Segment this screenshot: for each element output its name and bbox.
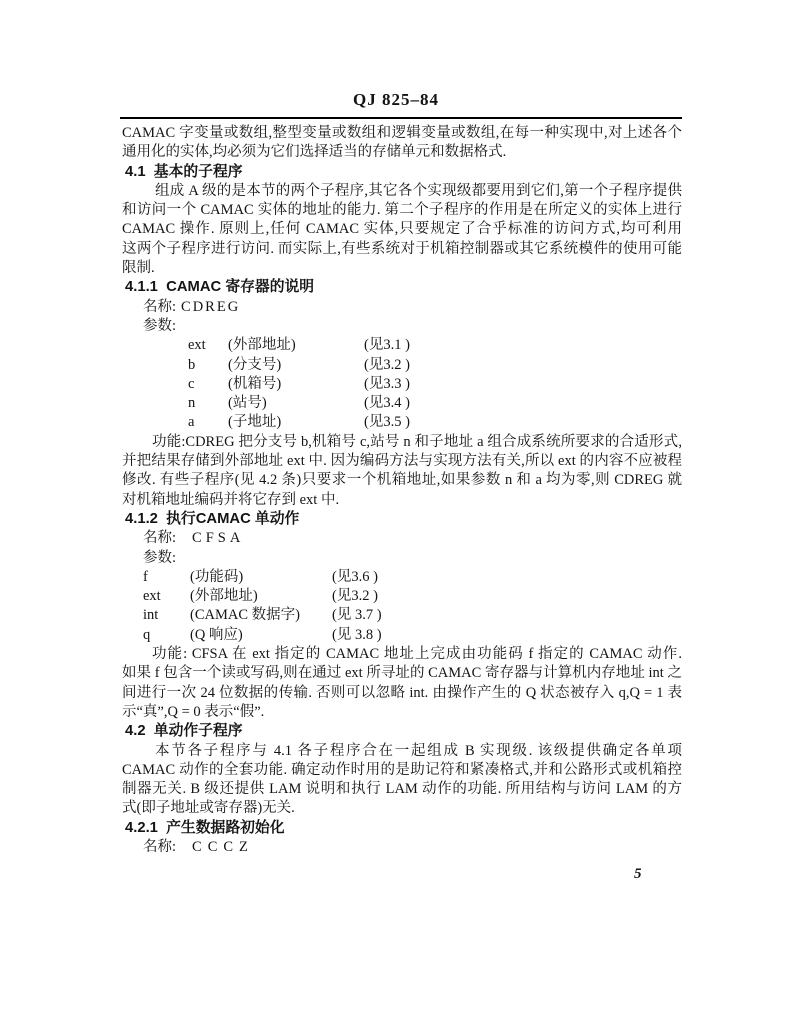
subroutine-name-line: 名称:CCCZ <box>122 838 682 857</box>
function-line: 对机箱地址编码并将它存到 ext 中. <box>122 491 682 510</box>
parameter-name: c <box>188 375 228 394</box>
paragraph-line: CAMAC 操作. 原则上,任何 CAMAC 实体,只要规定了合乎标准的访问方式… <box>122 220 682 239</box>
parameter-desc: (外部地址) <box>190 587 332 606</box>
parameter-desc: (外部地址) <box>228 336 364 355</box>
paragraph-line: 式(即子地址或寄存器)无关. <box>122 799 682 818</box>
name-label: 名称: <box>143 530 176 546</box>
paragraph-line: 限制. <box>122 259 682 278</box>
parameter-ref: (见3.6 ) <box>332 568 682 587</box>
function-line: 修改. 有些子程序(见 4.2 条)只要求一个机箱地址,如果参数 n 和 a 均… <box>122 471 682 490</box>
page-number: 5 <box>634 866 642 883</box>
parameter-desc: (分支号) <box>228 356 364 375</box>
parameter-desc: (功能码) <box>190 568 332 587</box>
parameter-list: f (功能码) (见3.6 ) ext (外部地址) (见3.2 ) int (… <box>122 568 682 645</box>
function-line: 功能:CDREG 把分支号 b,机箱号 c,站号 n 和子地址 a 组合成系统所… <box>122 433 682 452</box>
function-line: 如果 f 包含一个读或写码,则在通过 ext 所寻址的 CAMAC 寄存器与计算… <box>122 664 682 683</box>
parameter-row: int (CAMAC 数据字) (见 3.7 ) <box>143 606 682 625</box>
parameter-ref: (见3.1 ) <box>364 336 682 355</box>
section-heading-4-2-1: 4.2.1 产生数据路初始化 <box>122 819 682 838</box>
subroutine-name-line: 名称:CFSA <box>122 529 682 548</box>
paragraph-line: 制器无关. B 级还提供 LAM 说明和执行 LAM 动作的功能. 所用结构与访… <box>122 780 682 799</box>
name-label: 名称: <box>143 299 176 315</box>
document-content: CAMAC 字变量或数组,整型变量或数组和逻辑变量或数组,在每一种实现中,对上述… <box>122 124 682 857</box>
subroutine-name-value: CFSA <box>192 530 244 546</box>
parameter-ref: (见 3.7 ) <box>332 606 682 625</box>
parameter-ref: (见3.3 ) <box>364 375 682 394</box>
function-line: 间进行一次 24 位数据的传输. 否则可以忽略 int. 由操作产生的 Q 状态… <box>122 684 682 703</box>
parameter-name: b <box>188 356 228 375</box>
subroutine-name-value: CCCZ <box>192 839 254 855</box>
params-label: 参数: <box>122 549 682 568</box>
name-label: 名称: <box>143 839 176 855</box>
parameter-name: ext <box>188 336 228 355</box>
parameter-ref: (见3.2 ) <box>364 356 682 375</box>
parameter-list: ext (外部地址) (见3.1 ) b (分支号) (见3.2 ) c (机箱… <box>122 336 682 432</box>
paragraph-line: 和访问一个 CAMAC 实体的地址的能力. 第二个子程序的作用是在所定义的实体上… <box>122 201 682 220</box>
doc-number: QJ 825–84 <box>0 90 792 110</box>
parameter-ref: (见3.5 ) <box>364 413 682 432</box>
parameter-desc: (机箱号) <box>228 375 364 394</box>
parameter-row: n (站号) (见3.4 ) <box>188 394 682 413</box>
paragraph-line: 这两个子程序进行访问. 而实际上,有些系统对于机箱控制器或其它系统模件的使用可能… <box>122 240 682 259</box>
subroutine-name-value: CDREG <box>181 299 240 315</box>
parameter-desc: (CAMAC 数据字) <box>190 606 332 625</box>
function-line: 功能: CFSA 在 ext 指定的 CAMAC 地址上完成由功能码 f 指定的… <box>122 645 682 664</box>
parameter-name: f <box>143 568 190 587</box>
parameter-row: b (分支号) (见3.2 ) <box>188 356 682 375</box>
section-heading-4-1-2: 4.1.2 执行CAMAC 单动作 <box>122 510 682 529</box>
parameter-name: q <box>143 626 190 645</box>
intro-line: 通用化的实体,均必须为它们选择适当的存储单元和数据格式. <box>122 143 682 162</box>
parameter-ref: (见3.4 ) <box>364 394 682 413</box>
parameter-ref: (见 3.8 ) <box>332 626 682 645</box>
intro-line: CAMAC 字变量或数组,整型变量或数组和逻辑变量或数组,在每一种实现中,对上述… <box>122 124 682 143</box>
parameter-name: ext <box>143 587 190 606</box>
parameter-desc: (子地址) <box>228 413 364 432</box>
function-line: 示“真”,Q = 0 表示“假”. <box>122 703 682 722</box>
params-label: 参数: <box>122 317 682 336</box>
paragraph-line: 组成 A 级的是本节的两个子程序,其它各个实现级都要用到它们,第一个子程序提供定… <box>122 182 682 201</box>
parameter-row: ext (外部地址) (见3.2 ) <box>143 587 682 606</box>
parameter-name: int <box>143 606 190 625</box>
section-heading-4-1-1: 4.1.1 CAMAC 寄存器的说明 <box>122 278 682 297</box>
function-line: 并把结果存储到外部地址 ext 中. 因为编码方法与实现方法有关,所以 ext … <box>122 452 682 471</box>
paragraph-line: CAMAC 动作的全套功能. 确定动作时用的是助记符和紧凑格式,并和公路形式或机… <box>122 761 682 780</box>
parameter-row: f (功能码) (见3.6 ) <box>143 568 682 587</box>
section-heading-4-2: 4.2 单动作子程序 <box>122 722 682 741</box>
subroutine-name-line: 名称:CDREG <box>122 298 682 317</box>
parameter-row: q (Q 响应) (见 3.8 ) <box>143 626 682 645</box>
parameter-name: a <box>188 413 228 432</box>
parameter-name: n <box>188 394 228 413</box>
parameter-desc: (Q 响应) <box>190 626 332 645</box>
header-rule <box>120 117 682 119</box>
parameter-desc: (站号) <box>228 394 364 413</box>
parameter-ref: (见3.2 ) <box>332 587 682 606</box>
parameter-row: ext (外部地址) (见3.1 ) <box>188 336 682 355</box>
paragraph-line: 本节各子程序与 4.1 各子程序合在一起组成 B 实现级. 该级提供确定各单项 <box>122 742 682 761</box>
document-page: QJ 825–84 CAMAC 字变量或数组,整型变量或数组和逻辑变量或数组,在… <box>0 0 792 1025</box>
parameter-row: a (子地址) (见3.5 ) <box>188 413 682 432</box>
parameter-row: c (机箱号) (见3.3 ) <box>188 375 682 394</box>
section-heading-4-1: 4.1 基本的子程序 <box>122 163 682 182</box>
